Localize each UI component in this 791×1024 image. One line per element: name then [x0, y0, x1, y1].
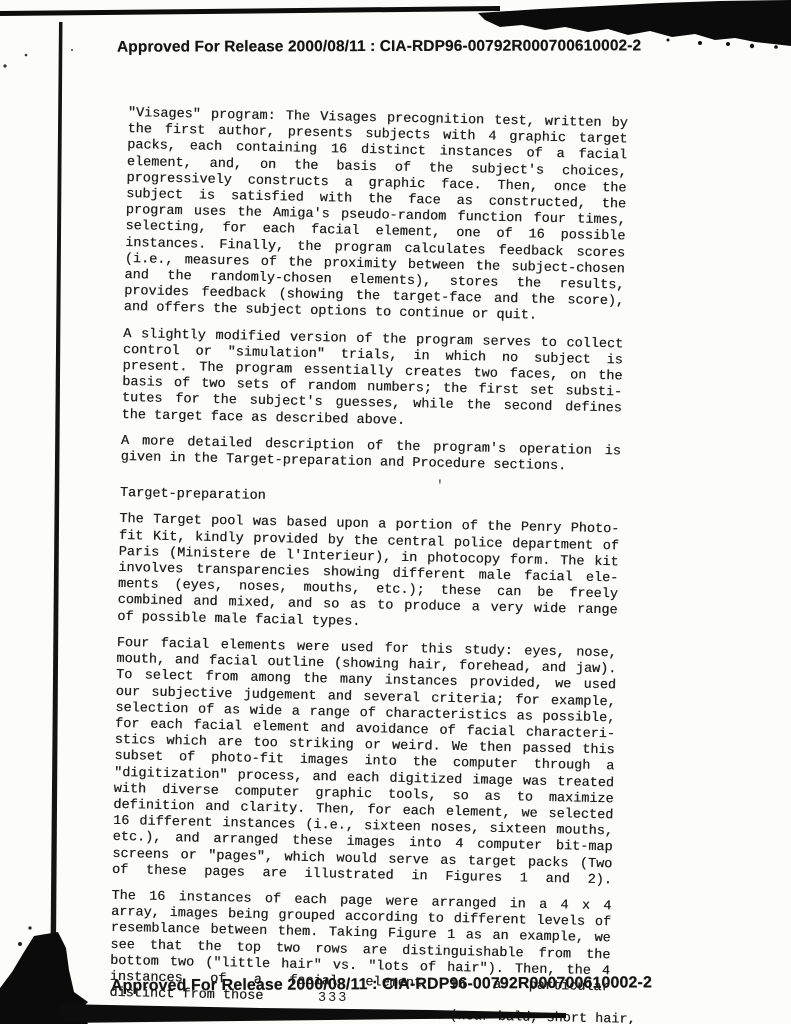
paragraph: A more detailed description of the progr…	[120, 434, 621, 477]
paragraph: A slightly modified version of the progr…	[121, 327, 623, 435]
footer-release-stamp: Approved For Release 2000/08/11 : CIA-RD…	[111, 974, 652, 995]
scan-artifact-left-vertical-line	[51, 22, 63, 950]
document-body: "Visages" program: The Visages precognit…	[109, 106, 628, 1024]
paragraph: The 16 instances of each page were arran…	[109, 889, 612, 1024]
scan-artifact-speckle	[28, 926, 31, 929]
scan-artifact-dot	[25, 54, 28, 57]
paragraph: Four facial elements were used for this …	[112, 636, 617, 889]
scanned-document-page: Approved For Release 2000/08/11 : CIA-RD…	[0, 0, 791, 1024]
scan-artifact-droplet	[698, 41, 702, 45]
paragraph: "Visages" program: The Visages precognit…	[124, 106, 628, 327]
scan-artifact-speckle	[18, 942, 22, 946]
paragraph: The Target pool was based upon a portion…	[117, 512, 619, 636]
scan-artifact-top-edge-line	[0, 6, 500, 16]
scan-artifact-droplet	[774, 45, 778, 49]
scan-artifact-dot	[3, 64, 6, 67]
stray-ink-mark: '	[436, 478, 444, 493]
scan-artifact-speckle	[90, 1006, 95, 1011]
scan-artifact-bottom-left-blob	[0, 932, 88, 1024]
scan-artifact-droplet	[726, 42, 730, 46]
scan-artifact-dot	[71, 49, 73, 51]
scan-artifact-droplet	[750, 44, 754, 48]
section-heading: Target-preparation	[120, 486, 620, 513]
header-release-stamp: Approved For Release 2000/08/11 : CIA-RD…	[117, 37, 641, 56]
scan-artifact-droplet	[667, 39, 670, 42]
